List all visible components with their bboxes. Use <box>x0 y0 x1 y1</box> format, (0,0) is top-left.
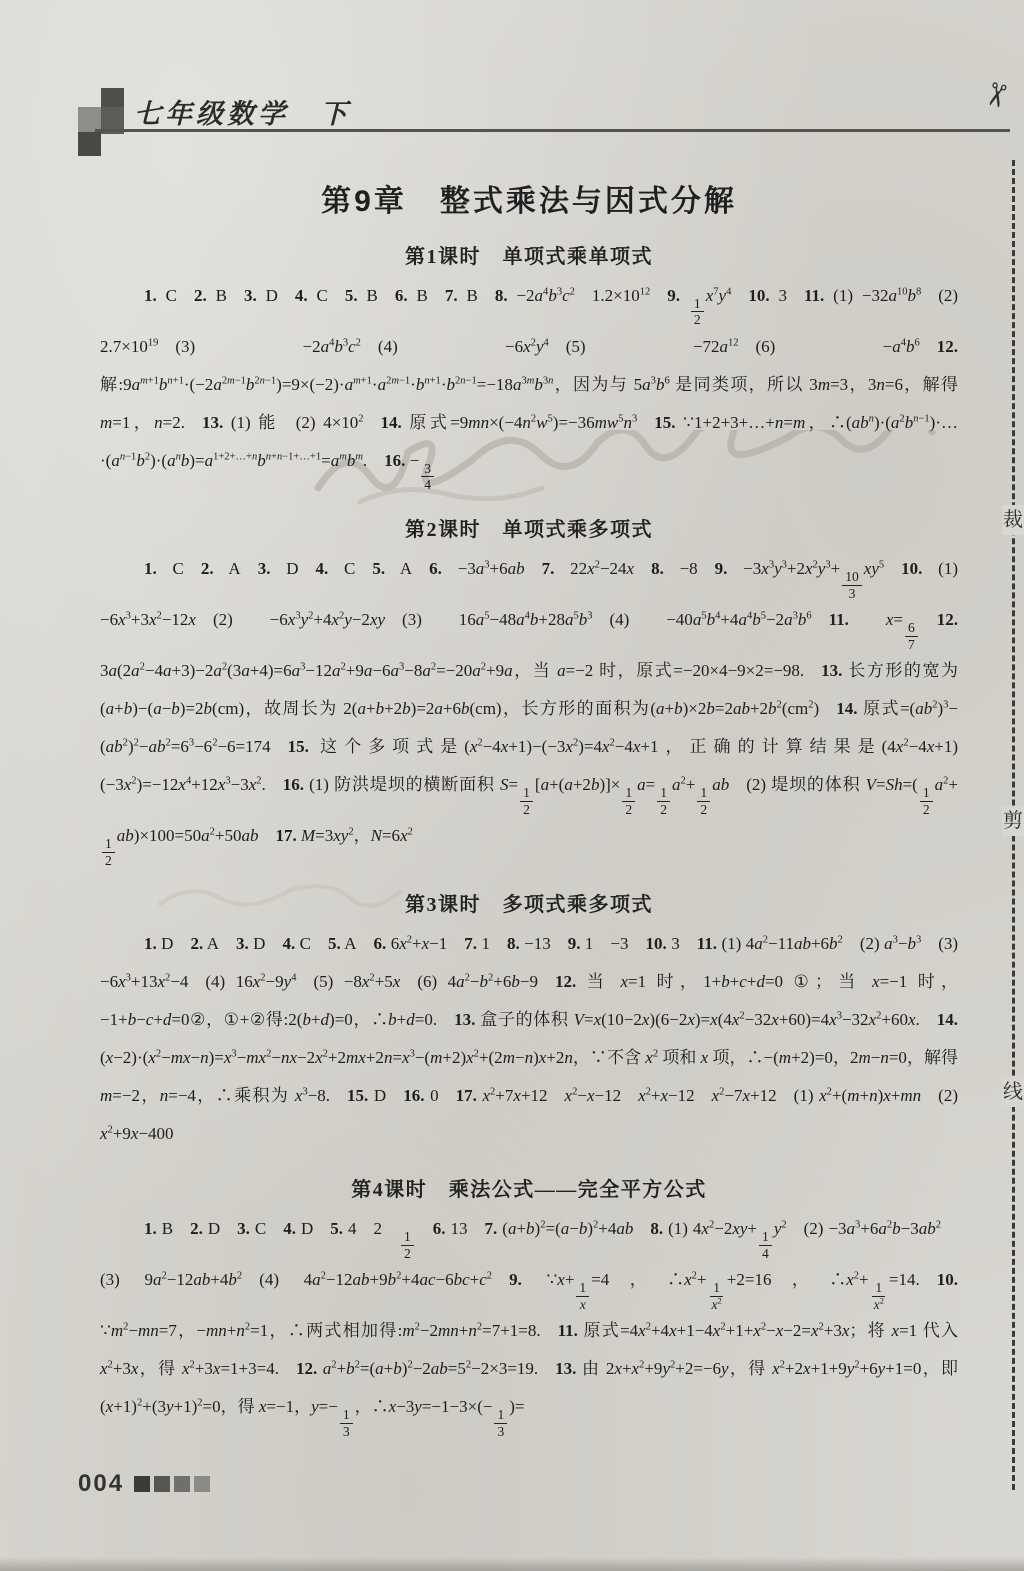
scanned-textbook-page: 七年级数学 下 ✂ 裁 剪 线 第9章 整式乘法与因式分解 第1课时 单项式乘单… <box>0 0 1024 1571</box>
page-number: 004 <box>78 1470 124 1498</box>
footer-square-decoration <box>134 1476 150 1492</box>
section-2-answers: 1. C 2. A 3. D 4. C 5. A 6. −3a3+6ab 7. … <box>100 550 958 868</box>
header-rule <box>95 129 1010 132</box>
footer-square-decoration <box>154 1476 170 1492</box>
cut-line-char-jian: 剪 <box>1002 806 1024 836</box>
footer-square-decoration <box>194 1476 210 1492</box>
chapter-title: 第9章 整式乘法与因式分解 <box>100 176 958 220</box>
footer: 004 <box>78 1470 210 1498</box>
section-1-answers: 1. C 2. B 3. D 4. C 5. B 6. B 7. B 8. −2… <box>100 277 958 493</box>
footer-square-decoration <box>174 1476 190 1492</box>
cut-line: 裁 剪 线 <box>1012 160 1015 1490</box>
section-2-heading: 第2课时 单项式乘多项式 <box>100 513 958 542</box>
corner-square-decoration <box>78 132 101 156</box>
cut-line-char-xian: 线 <box>1002 1077 1024 1107</box>
section-3-answers: 1. D 2. A 3. D 4. C 5. A 6. 6x2+x−1 7. 1… <box>100 925 958 1153</box>
scissors-icon: ✂ <box>975 77 1019 113</box>
header-book-title: 七年级数学 下 <box>134 92 351 131</box>
section-4-heading: 第4课时 乘法公式——完全平方公式 <box>100 1173 958 1202</box>
content-area: 第9章 整式乘法与因式分解 第1课时 单项式乘单项式 1. C 2. B 3. … <box>100 176 958 1439</box>
section-1-heading: 第1课时 单项式乘单项式 <box>100 240 958 269</box>
section-3-heading: 第3课时 多项式乘多项式 <box>100 888 958 917</box>
section-4-answers: 1. B 2. D 3. C 4. D 5. 4 2 12 6. 13 7. (… <box>100 1210 958 1439</box>
scan-edge-shadow <box>0 1557 1024 1571</box>
cut-line-char-cai: 裁 <box>1002 505 1024 535</box>
